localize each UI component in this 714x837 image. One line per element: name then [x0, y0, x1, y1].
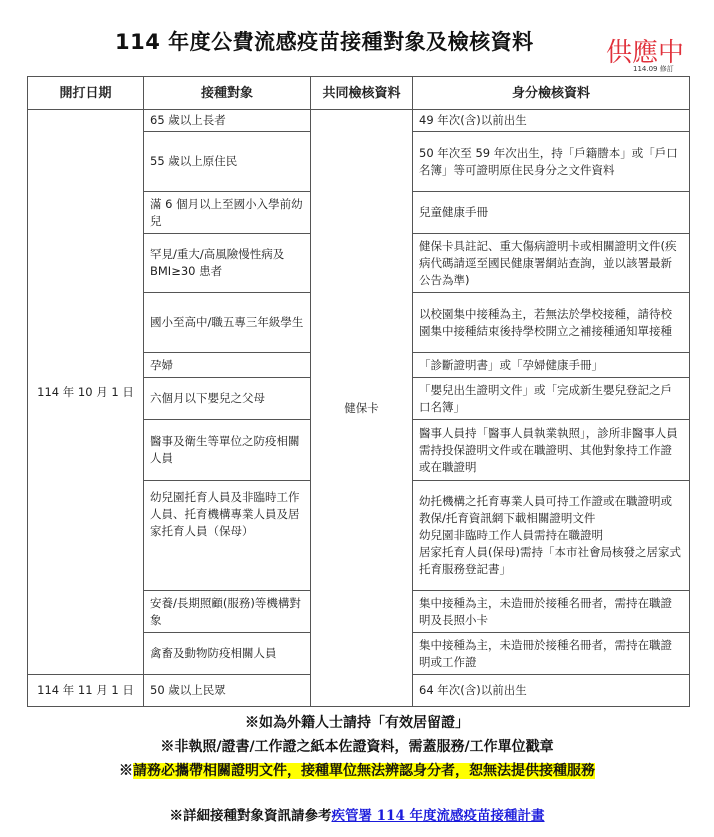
target-cell: 孕婦: [144, 353, 311, 378]
id-check-cell: 兒童健康手冊: [413, 192, 690, 234]
id-check-cell: 50 年次至 59 年次出生，持「戶籍謄本」或「戶口名簿」等可證明原住民身分之文…: [413, 132, 690, 192]
id-check-cell: 64 年次(含)以前出生: [413, 675, 690, 707]
target-cell: 國小至高中/職五專三年級學生: [144, 293, 311, 353]
target-cell: 55 歲以上原住民: [144, 132, 311, 192]
id-check-line: 居家托育人員(保母)需持「本市社會局核發之居家式托育服務登記書」: [419, 544, 683, 578]
table-row: 114 年 10 月 1 日 65 歲以上長者 健保卡 49 年次(含)以前出生: [28, 110, 690, 132]
target-cell: 六個月以下嬰兒之父母: [144, 378, 311, 420]
column-header-date: 開打日期: [28, 77, 144, 110]
eligibility-table: 開打日期 接種對象 共同檢核資料 身分檢核資料 114 年 10 月 1 日 6…: [27, 76, 690, 707]
table-header-row: 開打日期 接種對象 共同檢核資料 身分檢核資料: [28, 77, 690, 110]
column-header-id-check: 身分檢核資料: [413, 77, 690, 110]
column-header-common-check: 共同檢核資料: [311, 77, 413, 110]
id-check-cell: 集中接種為主，未造冊於接種名冊者，需持在職證明及長照小卡: [413, 591, 690, 633]
target-cell: 醫事及衛生等單位之防疫相關人員: [144, 420, 311, 481]
note-warning: ※請務必攜帶相關證明文件，接種單位無法辨認身分者，恕無法提供接種服務: [0, 760, 714, 780]
target-cell: 安養/長期照顧(服務)等機構對象: [144, 591, 311, 633]
date-cell: 114 年 11 月 1 日: [28, 675, 144, 707]
id-check-line: 幼兒園非臨時工作人員需持在職證明: [419, 527, 683, 544]
id-check-cell: 集中接種為主，未造冊於接種名冊者，需持在職證明或工作證: [413, 633, 690, 675]
note-reference: ※詳細接種對象資訊請參考疾管署 114 年度流感疫苗接種計畫: [0, 804, 714, 824]
note-stamp: ※非執照/證書/工作證之紙本佐證資料，需蓋服務/工作單位戳章: [0, 736, 714, 756]
target-cell: 幼兒園托育人員及非臨時工作人員、托育機構專業人員及居家托育人員（保母）: [144, 481, 311, 591]
note-warning-prefix: ※: [119, 763, 133, 779]
note-warning-highlighted: 請務必攜帶相關證明文件，接種單位無法辨認身分者，恕無法提供接種服務: [133, 763, 595, 779]
id-check-cell: 幼托機構之托育專業人員可持工作證或在職證明或教保/托育資訊網下載相關證明文件 幼…: [413, 481, 690, 591]
vaccination-plan-link[interactable]: 疾管署 114 年度流感疫苗接種計畫: [331, 808, 544, 824]
id-check-cell: 49 年次(含)以前出生: [413, 110, 690, 132]
id-check-cell: 以校園集中接種為主，若無法於學校接種，請待校園集中接種結束後持學校開立之補接種通…: [413, 293, 690, 353]
id-check-line: 幼托機構之托育專業人員可持工作證或在職證明或教保/托育資訊網下載相關證明文件: [419, 493, 683, 527]
note-reference-prefix: ※詳細接種對象資訊請參考: [169, 808, 331, 824]
page-title: 114 年度公費流感疫苗接種對象及檢核資料: [115, 26, 534, 56]
target-cell: 罕見/重大/高風險慢性病及 BMI≥30 患者: [144, 234, 311, 293]
common-check-cell: 健保卡: [311, 110, 413, 707]
revision-label: 114.09 修訂: [633, 64, 674, 74]
id-check-cell: 「嬰兒出生證明文件」或「完成新生嬰兒登記之戶口名簿」: [413, 378, 690, 420]
date-cell: 114 年 10 月 1 日: [28, 110, 144, 675]
id-check-cell: 健保卡具註記、重大傷病證明卡或相關證明文件(疾病代碼請逕至國民健康署網站查詢，並…: [413, 234, 690, 293]
target-cell: 65 歲以上長者: [144, 110, 311, 132]
target-cell: 禽畜及動物防疫相關人員: [144, 633, 311, 675]
id-check-cell: 醫事人員持「醫事人員執業執照」，診所非醫事人員需持投保證明文件或在職證明、其他對…: [413, 420, 690, 481]
column-header-target: 接種對象: [144, 77, 311, 110]
note-foreigner: ※如為外籍人士請持「有效居留證」: [0, 712, 714, 732]
target-cell: 滿 6 個月以上至國小入學前幼兒: [144, 192, 311, 234]
id-check-cell: 「診斷證明書」或「孕婦健康手冊」: [413, 353, 690, 378]
target-cell: 50 歲以上民眾: [144, 675, 311, 707]
